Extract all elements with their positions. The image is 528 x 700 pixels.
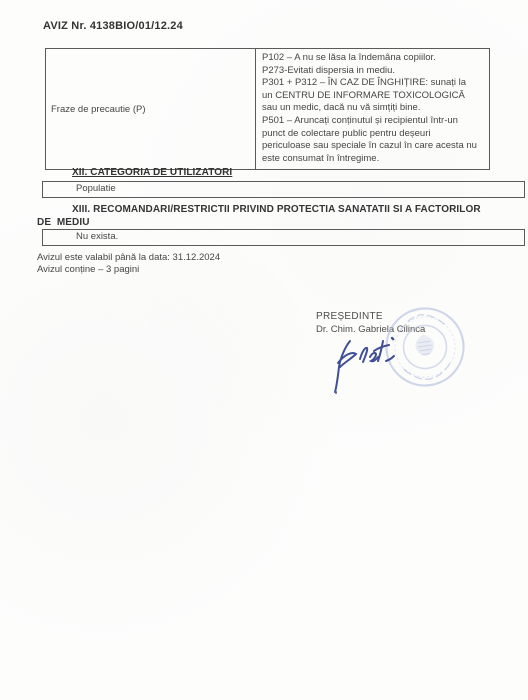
precaution-line: un CENTRU DE INFORMARE TOXICOLOGICĂ xyxy=(262,90,484,103)
precaution-line: periculoase sau speciale în cazul în car… xyxy=(262,140,484,153)
precaution-line: sau un medic, dacă nu vă simțiți bine. xyxy=(262,102,484,115)
precaution-statements: P102 – A nu se lăsa la îndemâna copiilor… xyxy=(256,49,489,169)
handwritten-signature xyxy=(328,327,408,397)
document-page: AVIZ Nr. 4138BIO/01/12.24 Fraze de preca… xyxy=(0,0,528,700)
section-xiii-value-box: Nu exista. xyxy=(42,229,525,246)
precaution-line: P102 – A nu se lăsa la îndemâna copiilor… xyxy=(262,52,484,65)
signer-role: PREȘEDINTE xyxy=(316,311,383,322)
page-count-line: Avizul conține – 3 pagini xyxy=(37,264,139,275)
section-xiii-title-line2: DE MEDIU xyxy=(37,217,90,228)
section-xii-value-box: Populatie xyxy=(42,181,525,198)
precaution-table: Fraze de precautie (P) P102 – A nu se lă… xyxy=(45,48,490,170)
precaution-line: punct de colectare public pentru deșeuri xyxy=(262,128,484,141)
precaution-line: este consumat în întregime. xyxy=(262,153,484,166)
precaution-line: P273-Evitati dispersia in mediu. xyxy=(262,65,484,78)
scan-speck xyxy=(335,391,337,394)
precaution-line: P501 – Aruncați conținutul și recipientu… xyxy=(262,115,484,128)
section-xiii-title-line1: XIII. RECOMANDARI/RESTRICTII PRIVIND PRO… xyxy=(72,204,481,215)
section-xii-title: XII. CATEGORIA DE UTILIZATORI xyxy=(72,167,232,178)
precaution-row-label: Fraze de precautie (P) xyxy=(46,49,256,169)
document-number: AVIZ Nr. 4138BIO/01/12.24 xyxy=(43,20,183,32)
precaution-line: P301 + P312 – ÎN CAZ DE ÎNGHIȚIRE: sunaț… xyxy=(262,77,484,90)
validity-date-line: Avizul este valabil până la data: 31.12.… xyxy=(37,252,220,263)
